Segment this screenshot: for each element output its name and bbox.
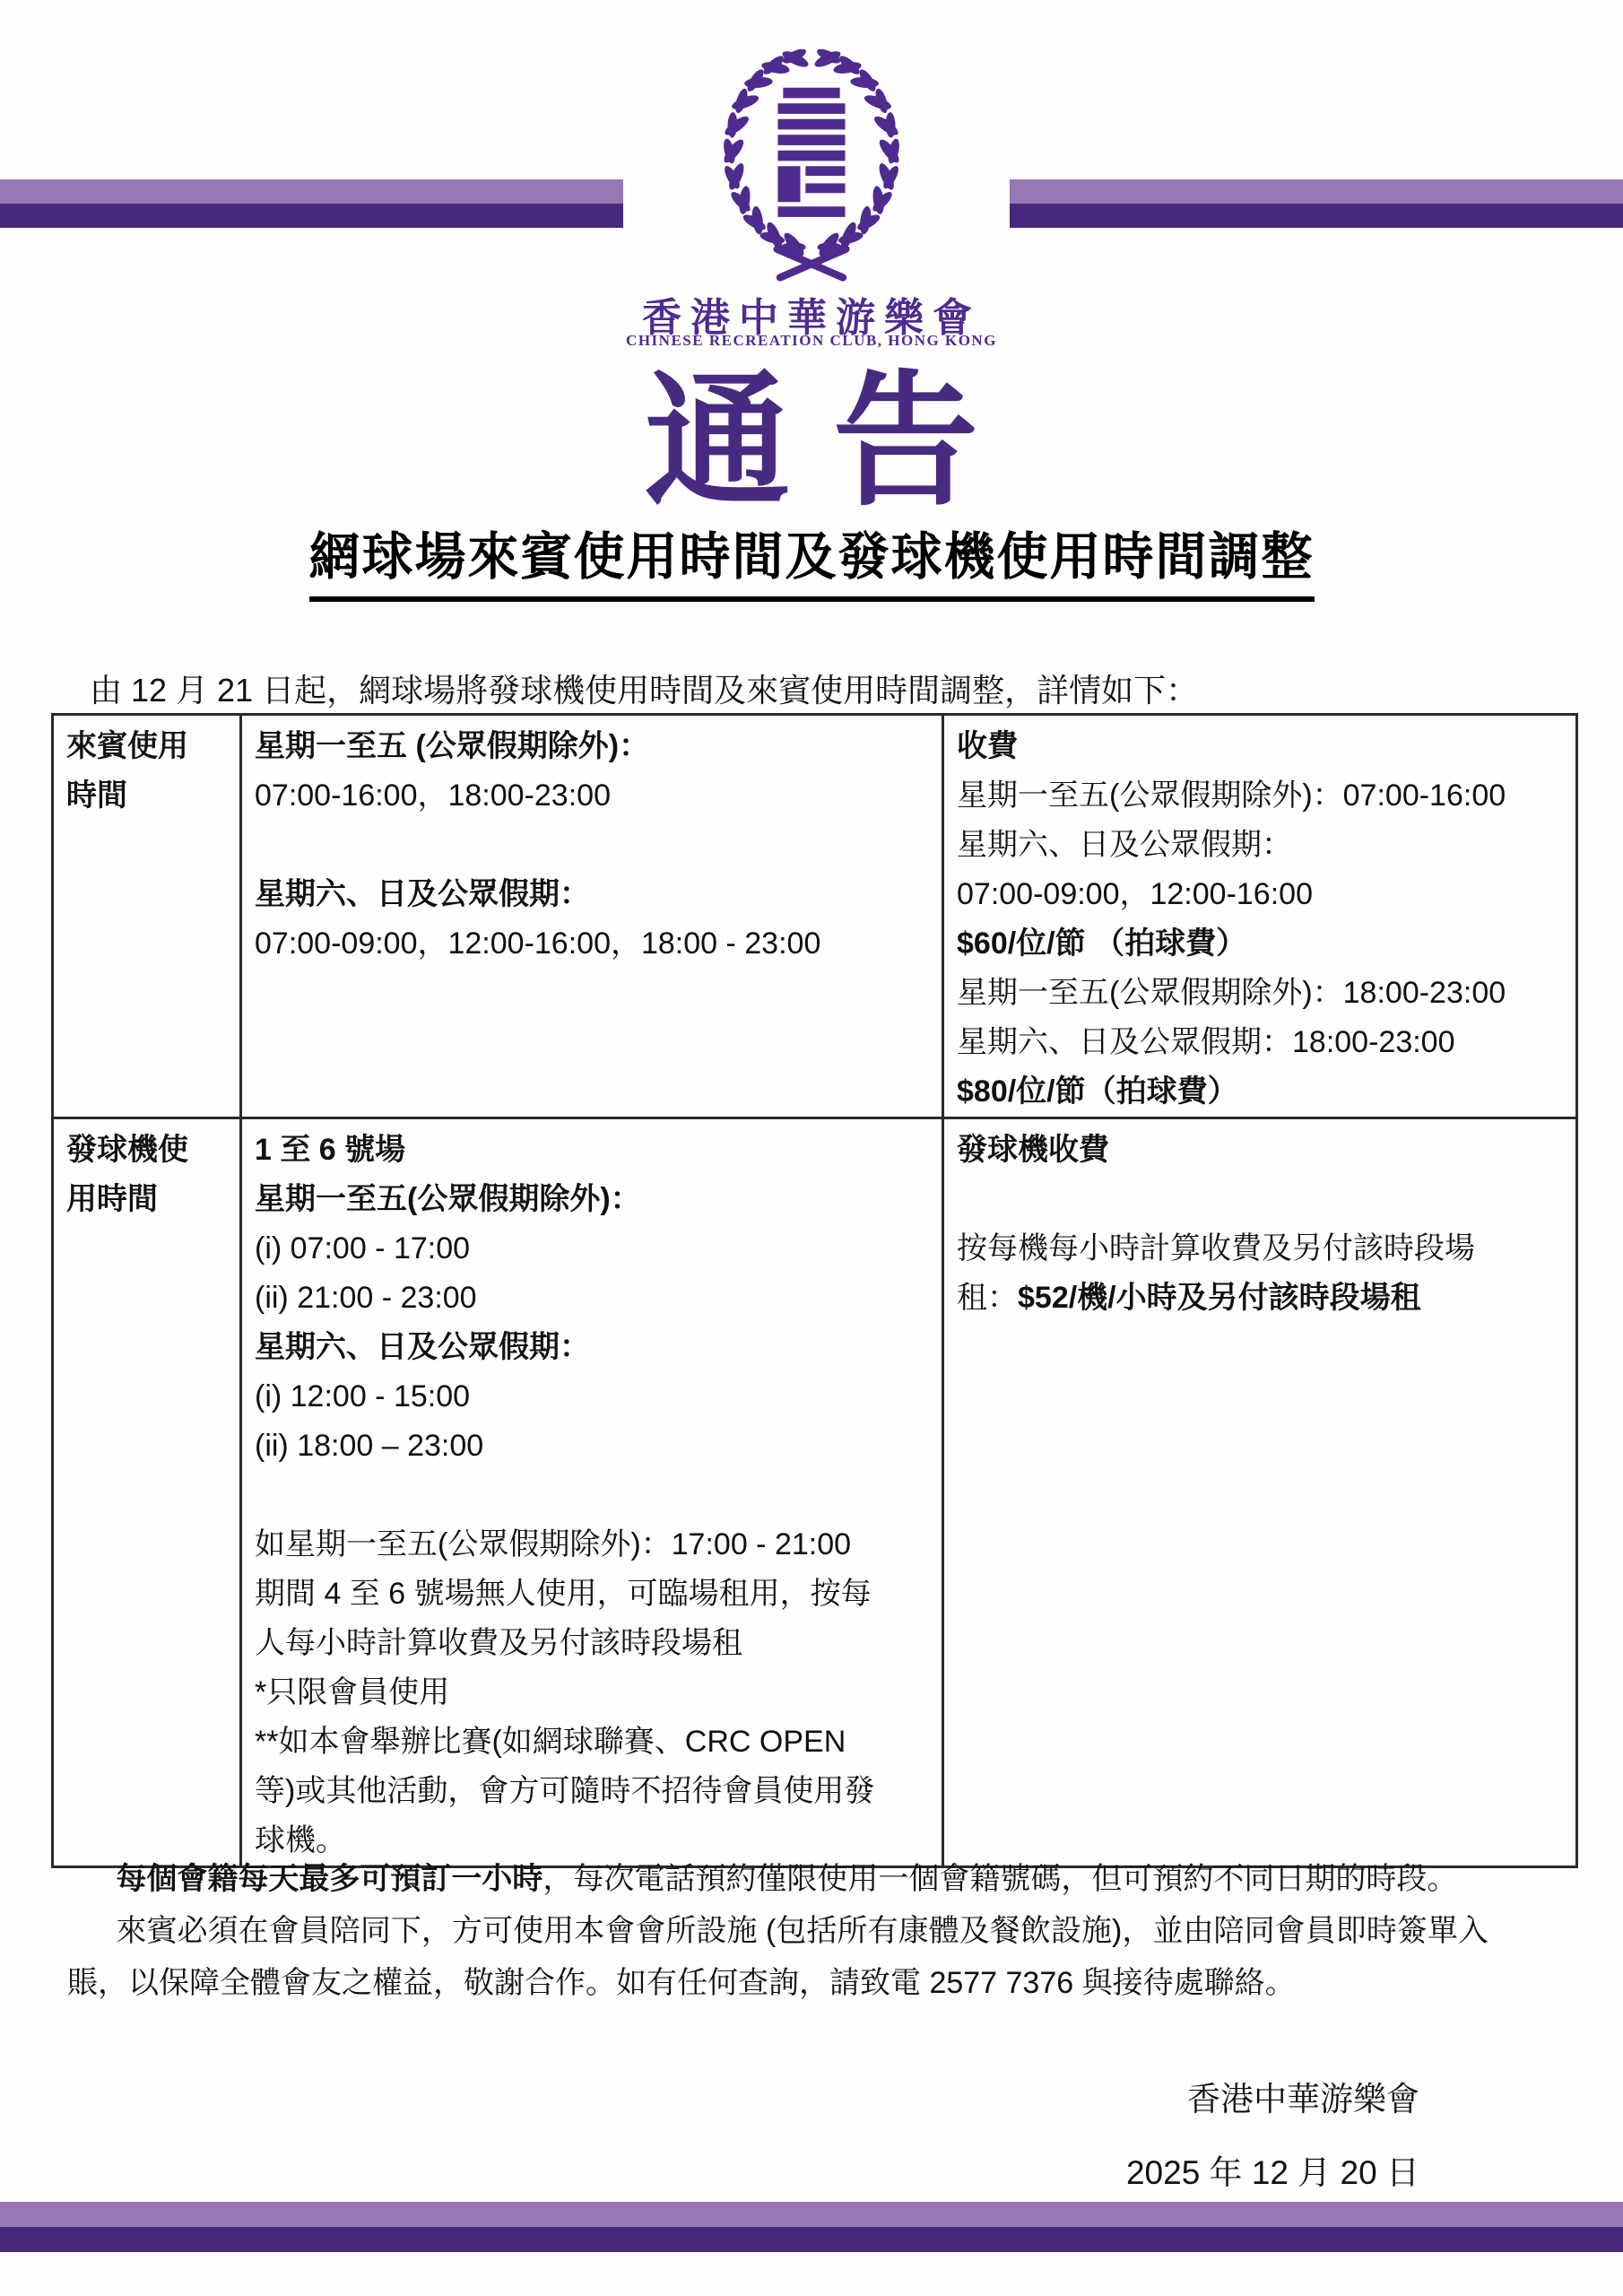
text-segment: 1 至 6 號場 — [255, 1133, 405, 1167]
club-wreath-logo-icon — [699, 41, 924, 284]
text-segment: 如星期一至五(公眾假期除外)：17:00 - 21:00 — [255, 1527, 851, 1561]
text-line — [255, 1471, 931, 1520]
text-segment: (i) 07:00 - 17:00 — [255, 1231, 470, 1265]
text-segment: 星期一至五(公眾假期除外)：18:00-23:00 — [957, 976, 1506, 1010]
guest-hours-fees-cell: 收費星期一至五(公眾假期除外)：07:00-16:00星期六、日及公眾假期：07… — [943, 715, 1577, 1118]
text-segment: *只限會員使用 — [255, 1675, 449, 1709]
text-segment: 每個會籍每天最多可預訂一小時 — [116, 1862, 542, 1896]
signature-date: 2025 年 12 月 20 日 — [0, 2136, 1419, 2210]
text-segment: (i) 12:00 - 15:00 — [255, 1379, 470, 1413]
text-segment: 星期一至五(公眾假期除外)：07:00-16:00 — [957, 778, 1506, 813]
text-line: 星期六、日及公眾假期：18:00-23:00 — [957, 1018, 1565, 1067]
text-line: $80/位/節（拍球費） — [957, 1067, 1565, 1117]
text-line: 星期六、日及公眾假期： — [255, 1323, 931, 1372]
text-segment: 星期六、日及公眾假期： — [255, 877, 590, 911]
guest-hours-schedule-cell: 星期一至五 (公眾假期除外)：07:00-16:00，18:00-23:00 星… — [241, 715, 943, 1118]
text-line: 期間 4 至 6 號場無人使用，可臨場租用，按每 — [255, 1570, 931, 1619]
text-line: 按每機每小時計算收費及另付該時段場 — [957, 1224, 1565, 1274]
text-line: 星期一至五(公眾假期除外)：18:00-23:00 — [957, 969, 1565, 1018]
ball-machine-fees-cell: 發球機收費 按每機每小時計算收費及另付該時段場租：$52/機/小時及另付該時段場… — [943, 1118, 1577, 1867]
text-segment: (ii) 21:00 - 23:00 — [255, 1281, 477, 1315]
text-segment: **如本會舉辦比賽(如網球聯賽、CRC OPEN — [255, 1725, 846, 1759]
text-line: 星期一至五 (公眾假期除外)： — [255, 722, 931, 771]
text-line: (ii) 21:00 - 23:00 — [255, 1274, 931, 1323]
footer-bar-dark — [0, 2227, 1623, 2252]
header-bar-dark-right — [1010, 204, 1623, 228]
text-segment: 星期六、日及公眾假期： — [255, 1330, 590, 1364]
subject-row: 網球場來賓使用時間及發球機使用時間調整 — [0, 516, 1623, 602]
text-line — [957, 1175, 1565, 1224]
text-segment: 發球機收費 — [957, 1133, 1109, 1167]
text-line: (i) 12:00 - 15:00 — [255, 1372, 931, 1422]
row-header-guest-hours: 來賓使用時間 — [53, 715, 241, 1118]
table-row-ball-machine-hours: 發球機使用時間 1 至 6 號場星期一至五(公眾假期除外)：(i) 07:00 … — [53, 1118, 1577, 1867]
ball-machine-schedule-cell: 1 至 6 號場星期一至五(公眾假期除外)：(i) 07:00 - 17:00(… — [241, 1118, 943, 1867]
text-segment: $80/位/節（拍球費） — [957, 1074, 1238, 1109]
org-name-en: CHINESE RECREATION CLUB, HONG KONG — [0, 332, 1623, 350]
notice-subject: 網球場來賓使用時間及發球機使用時間調整 — [309, 516, 1315, 602]
text-segment: 星期六、日及公眾假期：18:00-23:00 — [957, 1025, 1455, 1059]
text-line: 1 至 6 號場 — [255, 1126, 931, 1175]
text-line: 如星期一至五(公眾假期除外)：17:00 - 21:00 — [255, 1520, 931, 1570]
text-line: 租：$52/機/小時及另付該時段場租 — [957, 1274, 1565, 1323]
intro-text: 由 12 月 21 日起，網球場將發球機使用時間及來賓使用時間調整，詳情如下： — [90, 665, 1198, 711]
header-bar-light-left — [0, 179, 623, 204]
text-line: 07:00-16:00，18:00-23:00 — [255, 771, 931, 821]
text-segment: 租： — [957, 1281, 1018, 1315]
text-line: 07:00-09:00，12:00-16:00，18:00 - 23:00 — [255, 919, 931, 969]
text-line: *只限會員使用 — [255, 1668, 931, 1718]
text-line: (ii) 18:00 – 23:00 — [255, 1422, 931, 1471]
text-segment: 來賓必須在會員陪同下，方可使用本會會所設施 (包括所有康體及餐飲設施)，並由陪同… — [67, 1914, 1488, 2000]
text-line: 等)或其他活動，會方可隨時不招待會員使用發 — [255, 1767, 931, 1816]
schedule-table: 來賓使用時間 星期一至五 (公眾假期除外)：07:00-16:00，18:00-… — [51, 713, 1578, 1868]
text-line — [255, 821, 931, 870]
text-line: 星期六、日及公眾假期： — [255, 870, 931, 919]
text-line: **如本會舉辦比賽(如網球聯賽、CRC OPEN — [255, 1718, 931, 1767]
text-segment: 07:00-09:00，12:00-16:00 — [957, 877, 1313, 911]
note-booking-limit: 每個會籍每天最多可預訂一小時，每次電話預約僅限使用一個會籍號碼，但可預約不同日期… — [67, 1853, 1488, 1905]
table-row-guest-hours: 來賓使用時間 星期一至五 (公眾假期除外)：07:00-16:00，18:00-… — [53, 715, 1577, 1118]
text-line: 07:00-09:00，12:00-16:00 — [957, 870, 1565, 919]
text-segment: ，每次電話預約僅限使用一個會籍號碼，但可預約不同日期的時段。 — [542, 1862, 1457, 1896]
text-segment: 收費 — [957, 729, 1018, 763]
notice-title: 通告 — [0, 366, 1623, 518]
signature-block: 香港中華游樂會 2025 年 12 月 20 日 — [0, 2063, 1419, 2210]
text-segment: 星期六、日及公眾假期： — [957, 828, 1292, 862]
text-segment: 等)或其他活動，會方可隨時不招待會員使用發 — [255, 1774, 874, 1808]
text-line: 人每小時計算收費及另付該時段場租 — [255, 1619, 931, 1668]
text-segment: 人每小時計算收費及另付該時段場租 — [255, 1626, 742, 1660]
text-segment: $60/位/節 （拍球費） — [957, 926, 1246, 961]
text-segment: (ii) 18:00 – 23:00 — [255, 1429, 483, 1463]
text-segment: $52/機/小時及另付該時段場租 — [1018, 1281, 1421, 1315]
note-guest-policy: 來賓必須在會員陪同下，方可使用本會會所設施 (包括所有康體及餐飲設施)，並由陪同… — [67, 1905, 1488, 2009]
row-header-ball-machine-hours: 發球機使用時間 — [53, 1118, 241, 1867]
notice-page: 香港中華游樂會 CHINESE RECREATION CLUB, HONG KO… — [0, 0, 1623, 2296]
text-line: 星期一至五(公眾假期除外)： — [255, 1175, 931, 1224]
text-line: (i) 07:00 - 17:00 — [255, 1224, 931, 1274]
header-bar-light-right — [1010, 179, 1623, 204]
text-segment: 按每機每小時計算收費及另付該時段場 — [957, 1231, 1475, 1265]
footer-bar-light — [0, 2202, 1623, 2227]
text-segment: 07:00-16:00，18:00-23:00 — [255, 778, 611, 813]
text-line: 收費 — [957, 722, 1565, 771]
text-line: 星期一至五(公眾假期除外)：07:00-16:00 — [957, 771, 1565, 821]
signature-org: 香港中華游樂會 — [0, 2063, 1419, 2136]
text-line: 發球機收費 — [957, 1126, 1565, 1175]
text-segment: 星期一至五(公眾假期除外)： — [255, 1182, 641, 1216]
header-bar-dark-left — [0, 204, 623, 228]
text-segment: 07:00-09:00，12:00-16:00，18:00 - 23:00 — [255, 926, 820, 961]
text-segment: 星期一至五 (公眾假期除外)： — [255, 729, 649, 763]
text-segment: 期間 4 至 6 號場無人使用，可臨場租用，按每 — [255, 1577, 872, 1611]
notes-section: 每個會籍每天最多可預訂一小時，每次電話預約僅限使用一個會籍號碼，但可預約不同日期… — [67, 1853, 1488, 2009]
text-line: 星期六、日及公眾假期： — [957, 821, 1565, 870]
text-line: $60/位/節 （拍球費） — [957, 919, 1565, 969]
